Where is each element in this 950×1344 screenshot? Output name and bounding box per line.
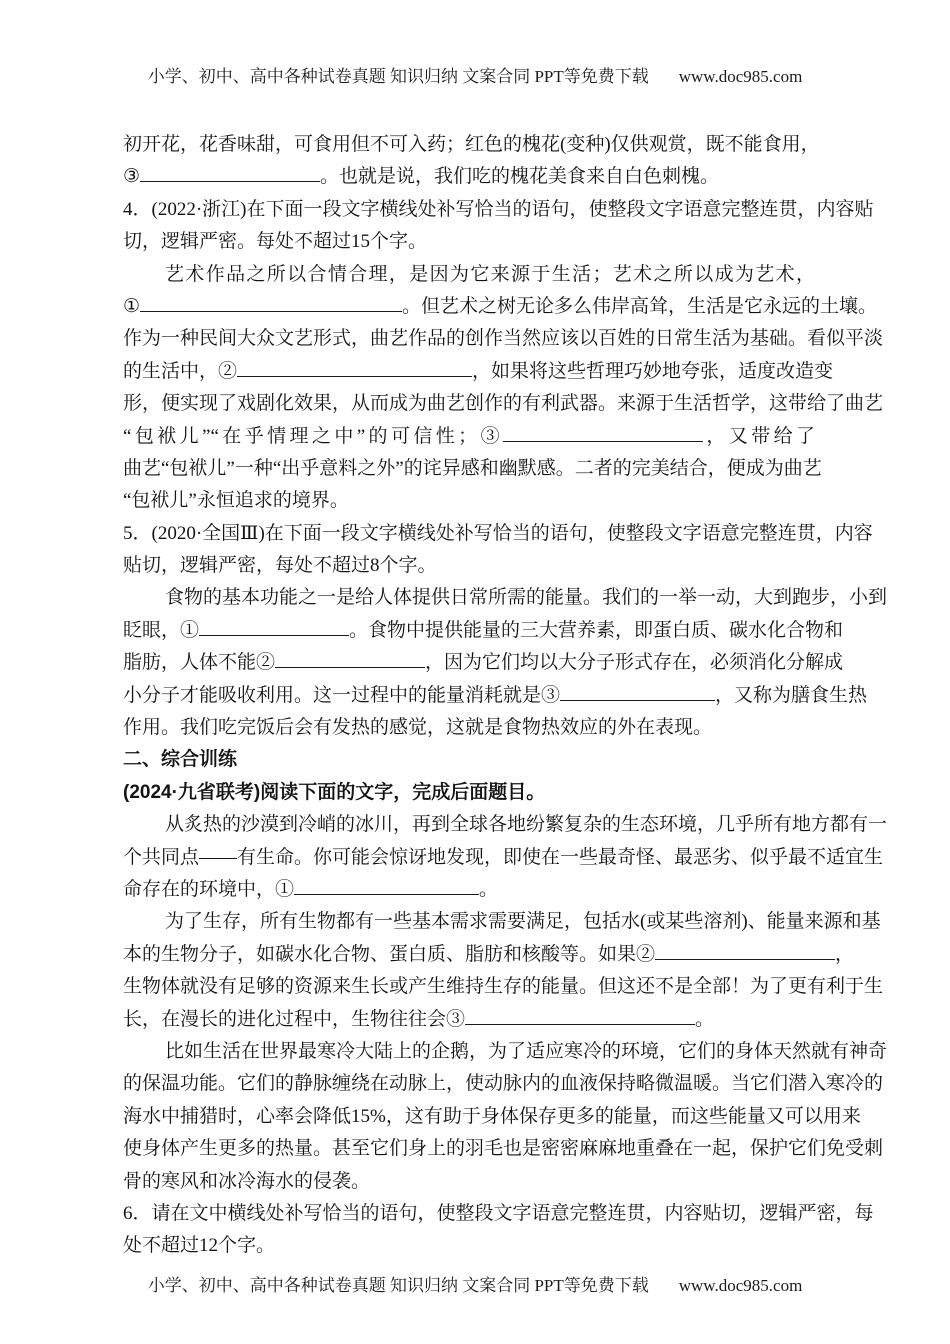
passage-para1-line-3: 命存在的环境中，①。: [123, 874, 815, 906]
q4-passage-line-8: “包袱儿”永恒追求的境界。: [123, 485, 815, 517]
text-run: 作为一种民间大众文艺形式，曲艺作品的创作当然应该以百姓的日常生活为基础。看似平淡: [123, 328, 883, 349]
text-run: 脂肪，人体不能②: [123, 652, 275, 673]
answer-blank: [560, 687, 715, 701]
text-run: 从炙热的沙漠到冷峭的冰川，再到全球各地纷繁复杂的生态环境，几乎所有地方都有一: [165, 814, 887, 835]
text-run: 切，逻辑严密。每处不超过15个字。: [123, 231, 427, 252]
text-run: 贴切，逻辑严密，每处不超过8个字。: [123, 555, 437, 576]
text-run: ，因为它们均以大分子形式存在，必须消化分解成: [425, 652, 843, 673]
q5-passage-line-3: 脂肪，人体不能②，因为它们均以大分子形式存在，必须消化分解成: [123, 647, 815, 679]
header-banner: 小学、初中、高中各种试卷真题 知识归纳 文案合同 PPT等免费下载www.doc…: [0, 62, 950, 87]
prev-passage-line-2: ③。也就是说，我们吃的槐花美食来自白色刺槐。: [123, 161, 815, 193]
passage-para2-line-2: 本的生物分子，如碳水化合物、蛋白质、脂肪和核酸等。如果②，: [123, 939, 815, 971]
text-run: 。也就是说，我们吃的槐花美食来自白色刺槐。: [320, 166, 719, 187]
text-run: ，又带给了: [703, 426, 815, 447]
text-run: 的生活中，②: [123, 361, 237, 382]
q4-passage-line-3: 作为一种民间大众文艺形式，曲艺作品的创作当然应该以百姓的日常生活为基础。看似平淡: [123, 323, 815, 355]
text-run: 形，便实现了戏剧化效果，从而成为曲艺创作的有利武器。来源于生活哲学，这带给了曲艺: [123, 393, 883, 414]
combined-passage-source: (2024·九省联考)阅读下面的文字，完成后面题目。: [123, 777, 815, 809]
text-run: ，: [835, 944, 854, 965]
text-run: 眨眼，①: [123, 620, 199, 641]
section-2-heading: 二、综合训练: [123, 744, 815, 776]
text-run: “包袱儿”永恒追求的境界。: [123, 490, 349, 511]
header-banner-url: www.doc985.com: [679, 67, 803, 86]
answer-blank: [503, 428, 703, 442]
passage-para3-line-3: 海水中捕猎时，心率会降低15%，这有助于身体保存更多的能量，而这些能量又可以用来: [123, 1101, 815, 1133]
q4-stem-line-2: 切，逻辑严密。每处不超过15个字。: [123, 226, 815, 258]
prev-passage-line-1: 初开花，花香味甜，可食用但不可入药；红色的槐花(变种)仅供观赏，既不能食用，: [123, 129, 815, 161]
text-run: 的保温功能。它们的静脉缠绕在动脉上，使动脉内的血液保持略微温暖。当它们潜入寒冷的: [123, 1073, 883, 1094]
answer-blank: [294, 881, 479, 895]
q5-passage-line-2: 眨眼，①。食物中提供能量的三大营养素，即蛋白质、碳水化合物和: [123, 615, 815, 647]
text-run: (2024·九省联考)阅读下面的文字，完成后面题目。: [123, 782, 545, 803]
passage-para3-line-5: 骨的寒风和冰冷海水的侵袭。: [123, 1166, 815, 1198]
q5-stem-line-1: 5．(2020·全国Ⅲ)在下面一段文字横线处补写恰当的语句，使整段文字语意完整连…: [123, 518, 815, 550]
q4-passage-line-5: 形，便实现了戏剧化效果，从而成为曲艺创作的有利武器。来源于生活哲学，这带给了曲艺: [123, 388, 815, 420]
q5-stem-line-2: 贴切，逻辑严密，每处不超过8个字。: [123, 550, 815, 582]
text-run: 。但艺术之树无论多么伟岸高耸，生活是它永远的土壤。: [402, 296, 877, 317]
text-run: 命存在的环境中，①: [123, 879, 294, 900]
passage-para3-line-4: 使身体产生更多的热量。甚至它们身上的羽毛也是密密麻麻地重叠在一起，保护它们免受刺: [123, 1133, 815, 1165]
q4-passage-line-2: ①。但艺术之树无论多么伟岸高耸，生活是它永远的土壤。: [123, 291, 815, 323]
text-run: 作用。我们吃完饭后会有发热的感觉，这就是食物热效应的外在表现。: [123, 717, 712, 738]
passage-para2-line-1: 为了生存，所有生物都有一些基本需求需要满足，包括水(或某些溶剂)、能量来源和基: [123, 906, 815, 938]
footer-banner-url: www.doc985.com: [679, 1276, 803, 1295]
q4-passage-line-4: 的生活中，②，如果将这些哲理巧妙地夸张，适度改造变: [123, 356, 815, 388]
q6-stem-line-2: 处不超过12个字。: [123, 1230, 815, 1262]
document-page: 小学、初中、高中各种试卷真题 知识归纳 文案合同 PPT等免费下载www.doc…: [0, 0, 950, 1344]
passage-para2-line-3: 生物体就没有足够的资源来生长或产生维持生存的能量。但这还不是全部！为了更有利于生: [123, 971, 815, 1003]
text-run: 本的生物分子，如碳水化合物、蛋白质、脂肪和核酸等。如果②: [123, 944, 655, 965]
text-run: 小分子才能吸收利用。这一过程中的能量消耗就是③: [123, 685, 560, 706]
passage-para1-line-2: 个共同点——有生命。你可能会惊讶地发现，即使在一些最奇怪、最恶劣、似乎最不适宜生: [123, 842, 815, 874]
text-run: 。食物中提供能量的三大营养素，即蛋白质、碳水化合物和: [349, 620, 843, 641]
answer-blank: [275, 654, 425, 668]
text-run: ③: [123, 166, 140, 187]
text-run: 生物体就没有足够的资源来生长或产生维持生存的能量。但这还不是全部！为了更有利于生: [123, 976, 883, 997]
text-run: 。: [479, 879, 498, 900]
document-body: 初开花，花香味甜，可食用但不可入药；红色的槐花(变种)仅供观赏，既不能食用，③。…: [123, 129, 815, 1263]
answer-blank: [655, 946, 835, 960]
text-run: 长，在漫长的进化过程中，生物往往会③: [123, 1009, 465, 1030]
q5-passage-line-5: 作用。我们吃完饭后会有发热的感觉，这就是食物热效应的外在表现。: [123, 712, 815, 744]
text-run: ，如果将这些哲理巧妙地夸张，适度改造变: [472, 361, 833, 382]
text-run: 海水中捕猎时，心率会降低15%，这有助于身体保存更多的能量，而这些能量又可以用来: [123, 1106, 861, 1127]
text-run: 6．请在文中横线处补写恰当的语句，使整段文字语意完整连贯，内容贴切，逻辑严密，每: [123, 1203, 874, 1224]
footer-banner: 小学、初中、高中各种试卷真题 知识归纳 文案合同 PPT等免费下载www.doc…: [0, 1271, 950, 1296]
answer-blank: [140, 168, 320, 182]
q4-stem-line-1: 4．(2022·浙江)在下面一段文字横线处补写恰当的语句，使整段文字语意完整连贯…: [123, 194, 815, 226]
text-run: 二、综合训练: [123, 749, 237, 770]
q4-passage-line-6: “包袱儿”“在乎情理之中”的可信性；③，又带给了: [123, 421, 815, 453]
passage-para1-line-1: 从炙热的沙漠到冷峭的冰川，再到全球各地纷繁复杂的生态环境，几乎所有地方都有一: [123, 809, 815, 841]
q5-passage-line-1: 食物的基本功能之一是给人体提供日常所需的能量。我们的一举一动，大到跑步，小到: [123, 582, 815, 614]
text-run: 为了生存，所有生物都有一些基本需求需要满足，包括水(或某些溶剂)、能量来源和基: [165, 911, 881, 932]
text-run: 4．(2022·浙江)在下面一段文字横线处补写恰当的语句，使整段文字语意完整连贯…: [123, 199, 873, 220]
text-run: 骨的寒风和冰冷海水的侵袭。: [123, 1171, 370, 1192]
text-run: 使身体产生更多的热量。甚至它们身上的羽毛也是密密麻麻地重叠在一起，保护它们免受刺: [123, 1138, 883, 1159]
text-run: 艺术作品之所以合情合理，是因为它来源于生活；艺术之所以成为艺术，: [165, 264, 815, 285]
text-run: 比如生活在世界最寒冷大陆上的企鹅，为了适应寒冷的环境，它们的身体天然就有神奇: [165, 1041, 887, 1062]
text-run: 个共同点——有生命。你可能会惊讶地发现，即使在一些最奇怪、最恶劣、似乎最不适宜生: [123, 847, 883, 868]
text-run: ，又称为膳食生热: [715, 685, 867, 706]
text-run: 食物的基本功能之一是给人体提供日常所需的能量。我们的一举一动，大到跑步，小到: [165, 587, 887, 608]
answer-blank: [465, 1011, 695, 1025]
footer-banner-text: 小学、初中、高中各种试卷真题 知识归纳 文案合同 PPT等免费下载: [148, 1276, 649, 1295]
text-run: 5．(2020·全国Ⅲ)在下面一段文字横线处补写恰当的语句，使整段文字语意完整连…: [123, 523, 873, 544]
passage-para2-line-4: 长，在漫长的进化过程中，生物往往会③。: [123, 1004, 815, 1036]
q4-passage-line-1: 艺术作品之所以合情合理，是因为它来源于生活；艺术之所以成为艺术，: [123, 259, 815, 291]
answer-blank: [140, 298, 402, 312]
passage-para3-line-1: 比如生活在世界最寒冷大陆上的企鹅，为了适应寒冷的环境，它们的身体天然就有神奇: [123, 1036, 815, 1068]
answer-blank: [199, 622, 349, 636]
text-run: “包袱儿”“在乎情理之中”的可信性；③: [123, 426, 503, 447]
text-run: 。: [695, 1009, 714, 1030]
q4-passage-line-7: 曲艺“包袱儿”一种“出乎意料之外”的诧异感和幽默感。二者的完美结合，便成为曲艺: [123, 453, 815, 485]
q6-stem-line-1: 6．请在文中横线处补写恰当的语句，使整段文字语意完整连贯，内容贴切，逻辑严密，每: [123, 1198, 815, 1230]
passage-para3-line-2: 的保温功能。它们的静脉缠绕在动脉上，使动脉内的血液保持略微温暖。当它们潜入寒冷的: [123, 1068, 815, 1100]
answer-blank: [237, 363, 472, 377]
header-banner-text: 小学、初中、高中各种试卷真题 知识归纳 文案合同 PPT等免费下载: [148, 67, 649, 86]
text-run: 处不超过12个字。: [123, 1235, 275, 1256]
q5-passage-line-4: 小分子才能吸收利用。这一过程中的能量消耗就是③，又称为膳食生热: [123, 680, 815, 712]
text-run: 曲艺“包袱儿”一种“出乎意料之外”的诧异感和幽默感。二者的完美结合，便成为曲艺: [123, 458, 822, 479]
text-run: ①: [123, 296, 140, 317]
text-run: 初开花，花香味甜，可食用但不可入药；红色的槐花(变种)仅供观赏，既不能食用，: [123, 134, 820, 155]
